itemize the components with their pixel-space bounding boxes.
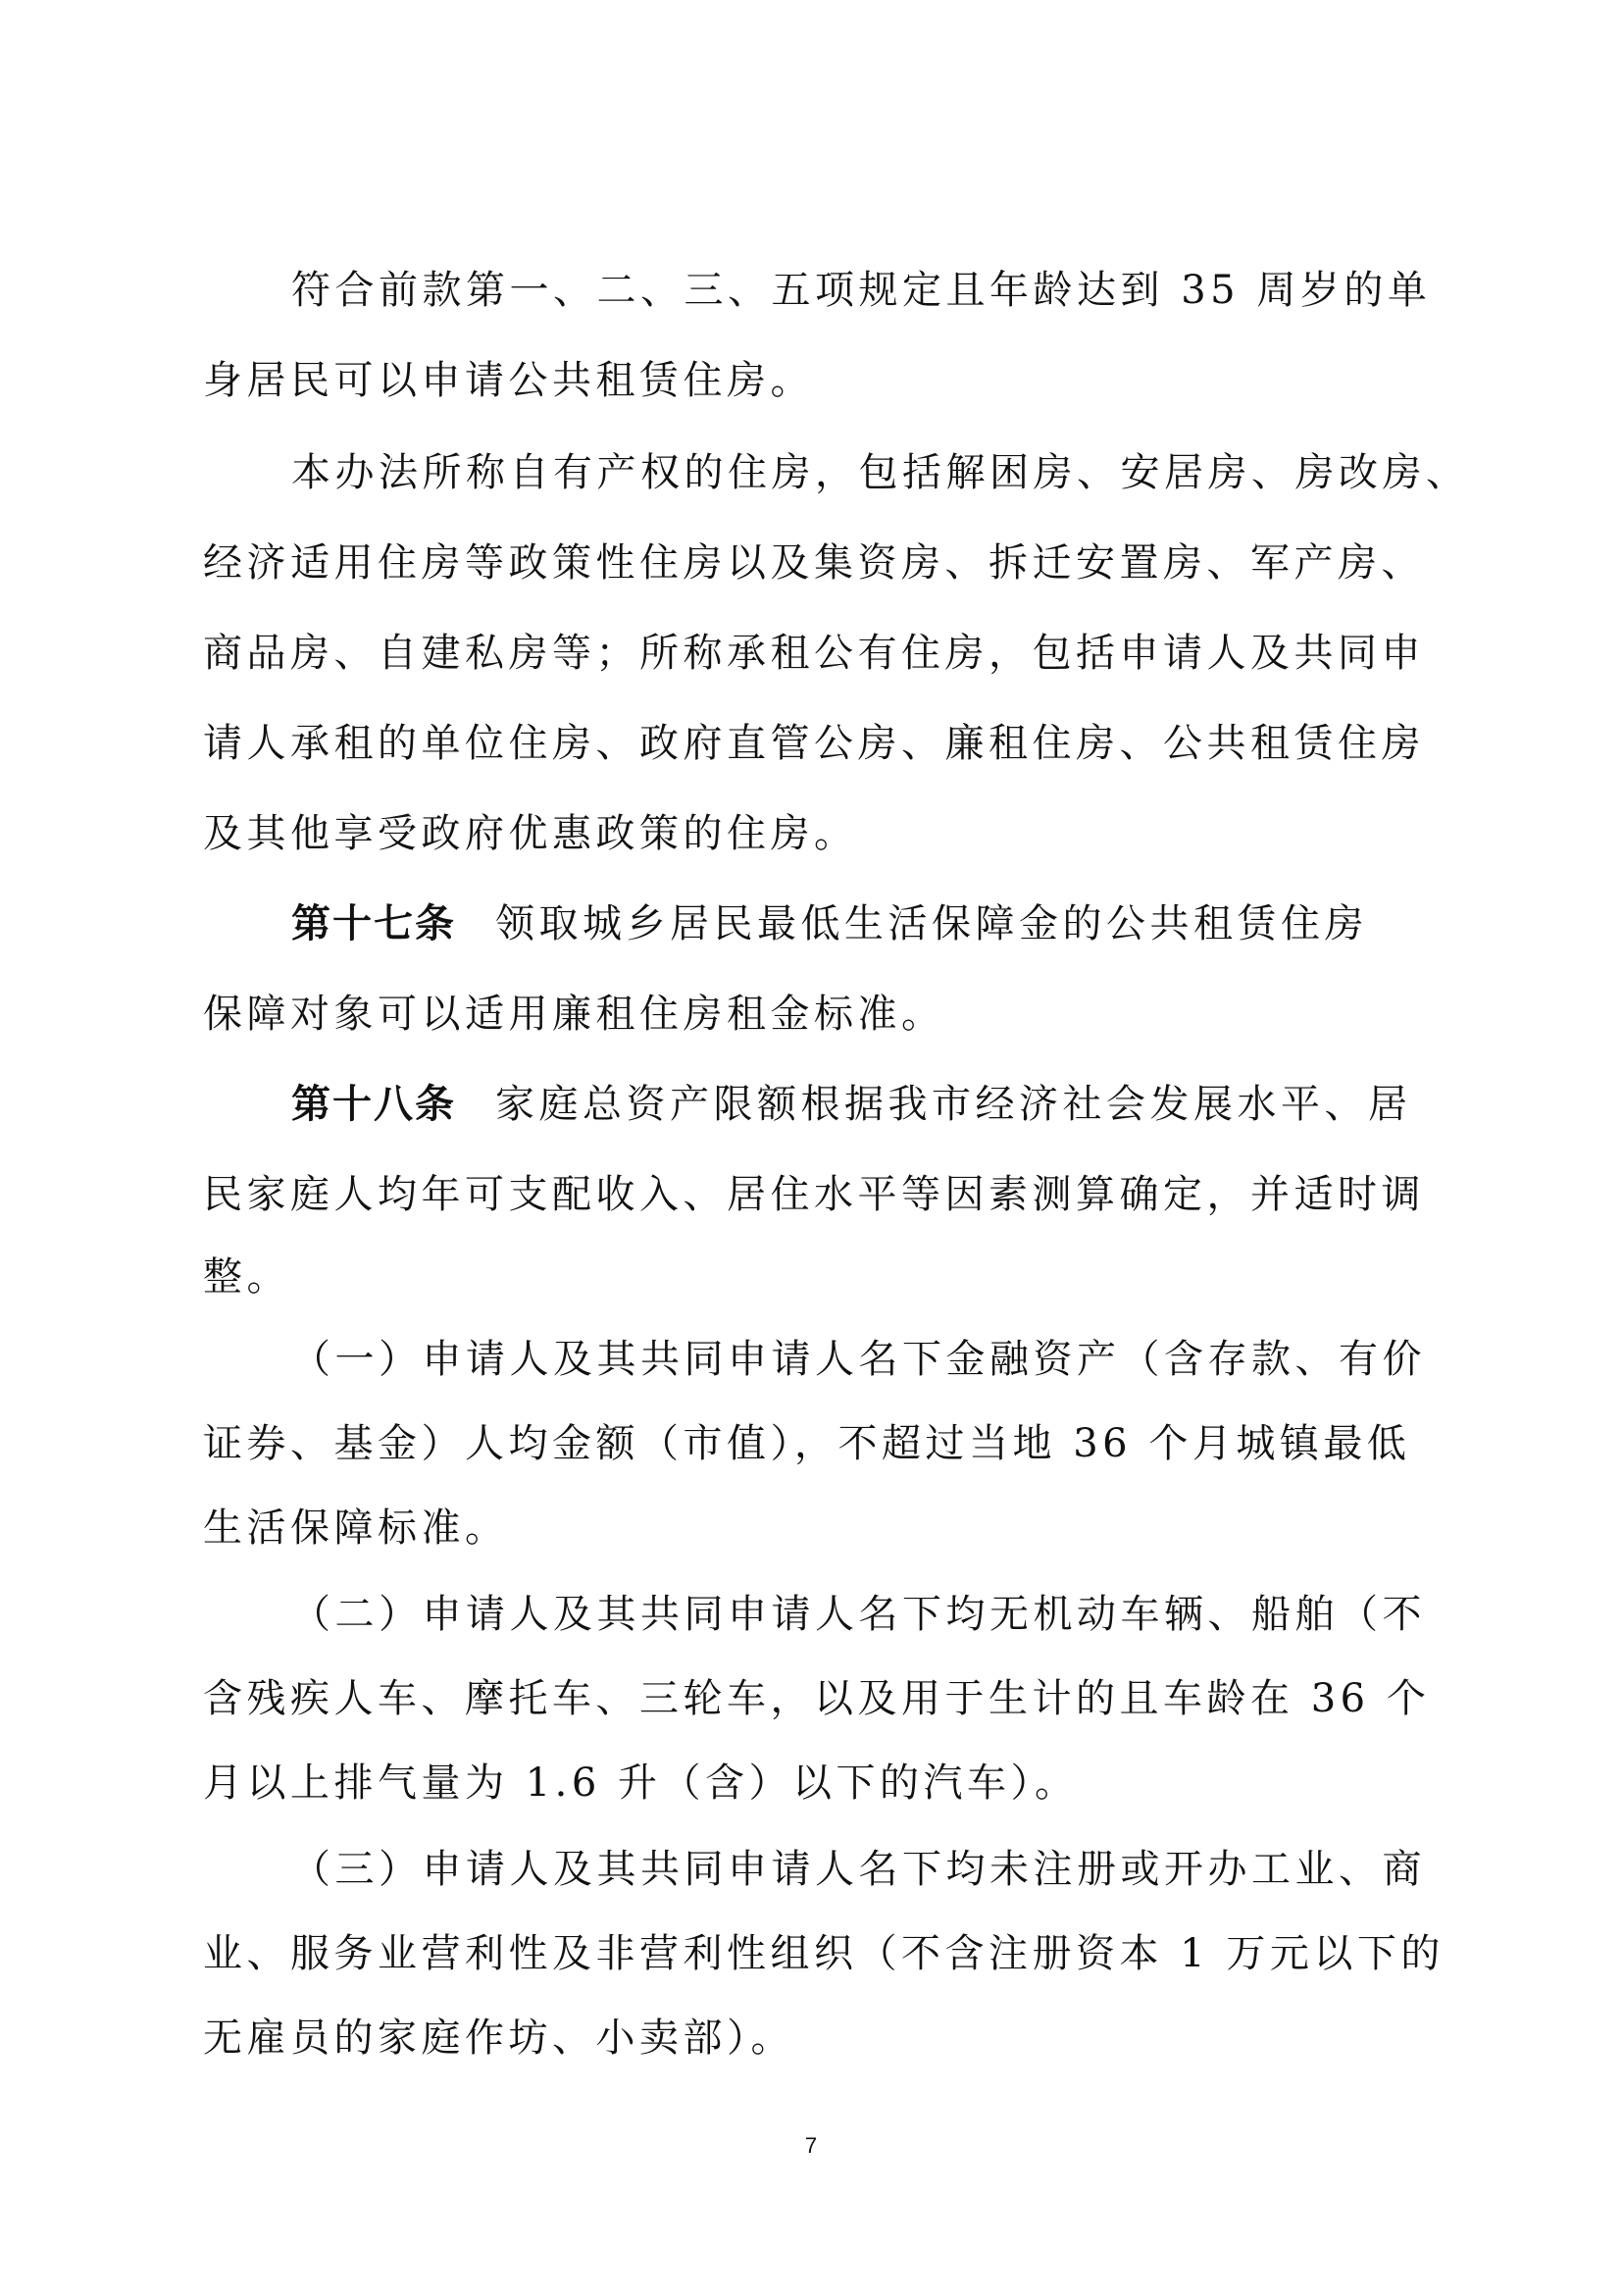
article-17-text: 领取城乡居民最低生活保障金的公共租赁住房: [495, 901, 1368, 946]
paragraph-line: 请人承租的单位住房、政府直管公房、廉租住房、公共租赁住房: [203, 718, 1425, 769]
page-number: 7: [0, 2133, 1622, 2159]
article-17-heading: 第十七条: [291, 901, 456, 946]
paragraph-line: 月以上排气量为 1.6 升（含）以下的汽车）。: [203, 1758, 1079, 1809]
clause-1-line: （一）申请人及其共同申请人名下金融资产（含存款、有价: [291, 1334, 1426, 1385]
paragraph-line: 本办法所称自有产权的住房，包括解困房、安居房、房改房、: [291, 447, 1470, 498]
paragraph-line: 整。: [203, 1251, 290, 1302]
article-18-text: 家庭总资产限额根据我市经济社会发展水平、居: [495, 1082, 1412, 1127]
paragraph-line: 业、服务业营利性及非营利性组织（不含注册资本 1 万元以下的: [203, 1928, 1445, 1979]
paragraph-line: 含残疾人车、摩托车、三轮车，以及用于生计的且车龄在 36 个: [203, 1673, 1430, 1724]
paragraph-line: 商品房、自建私房等；所称承租公有住房，包括申请人及共同申: [203, 628, 1425, 679]
paragraph-line: 民家庭人均年可支配收入、居住水平等因素测算确定，并适时调: [203, 1169, 1425, 1220]
article-18-line: 第十八条家庭总资产限额根据我市经济社会发展水平、居: [291, 1079, 1412, 1130]
article-17-line: 第十七条领取城乡居民最低生活保障金的公共租赁住房: [291, 898, 1368, 949]
document-page: 符合前款第一、二、三、五项规定且年龄达到 35 周岁的单 身居民可以申请公共租赁…: [0, 0, 1622, 2296]
paragraph-line: 无雇员的家庭作坊、小卖部）。: [203, 2013, 794, 2064]
paragraph-line: 身居民可以申请公共租赁住房。: [203, 355, 814, 406]
paragraph-line: 及其他享受政府优惠政策的住房。: [203, 808, 858, 859]
clause-3-line: （三）申请人及其共同申请人名下均未注册或开办工业、商: [291, 1844, 1426, 1895]
paragraph-line: 保障对象可以适用廉租住房租金标准。: [203, 989, 945, 1040]
clause-2-line: （二）申请人及其共同申请人名下均无机动车辆、船舶（不: [291, 1589, 1426, 1640]
paragraph-line: 符合前款第一、二、三、五项规定且年龄达到 35 周岁的单: [291, 265, 1431, 316]
article-18-heading: 第十八条: [291, 1082, 456, 1127]
paragraph-line: 经济适用住房等政策性住房以及集资房、拆迁安置房、军产房、: [203, 537, 1425, 588]
paragraph-line: 证券、基金）人均金额（市值），不超过当地 36 个月城镇最低: [203, 1418, 1410, 1469]
paragraph-line: 生活保障标准。: [203, 1503, 509, 1554]
